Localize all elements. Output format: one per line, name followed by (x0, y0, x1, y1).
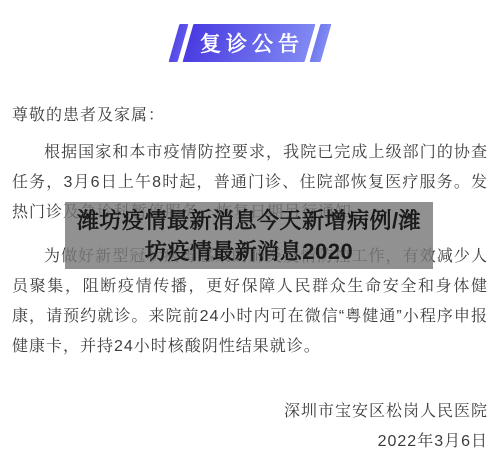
signature-date: 2022年3月6日 (12, 427, 488, 457)
notice-badge-row: 复诊公告 (0, 24, 500, 62)
watermark-title-line-1: 潍坊疫情最新消息今天新增病例/潍 (77, 205, 421, 236)
letter-body: 尊敬的患者及家属： 根据国家和本市疫情防控要求，我院已完成上级部门的协查任务，3… (0, 101, 500, 457)
signature-block: 深圳市宝安区松岗人民医院 2022年3月6日 (12, 397, 488, 457)
notice-badge: 复诊公告 (183, 24, 316, 62)
salutation: 尊敬的患者及家属： (12, 101, 488, 131)
watermark-title-line-2: 坊疫情最新消息2020 (145, 236, 353, 267)
watermark-overlay: 潍坊疫情最新消息今天新增病例/潍 坊疫情最新消息2020 (65, 202, 433, 269)
notice-page: 复诊公告 尊敬的患者及家属： 根据国家和本市疫情防控要求，我院已完成上级部门的协… (0, 0, 500, 471)
signature-hospital: 深圳市宝安区松岗人民医院 (12, 397, 488, 427)
badge-title: 复诊公告 (195, 28, 304, 58)
